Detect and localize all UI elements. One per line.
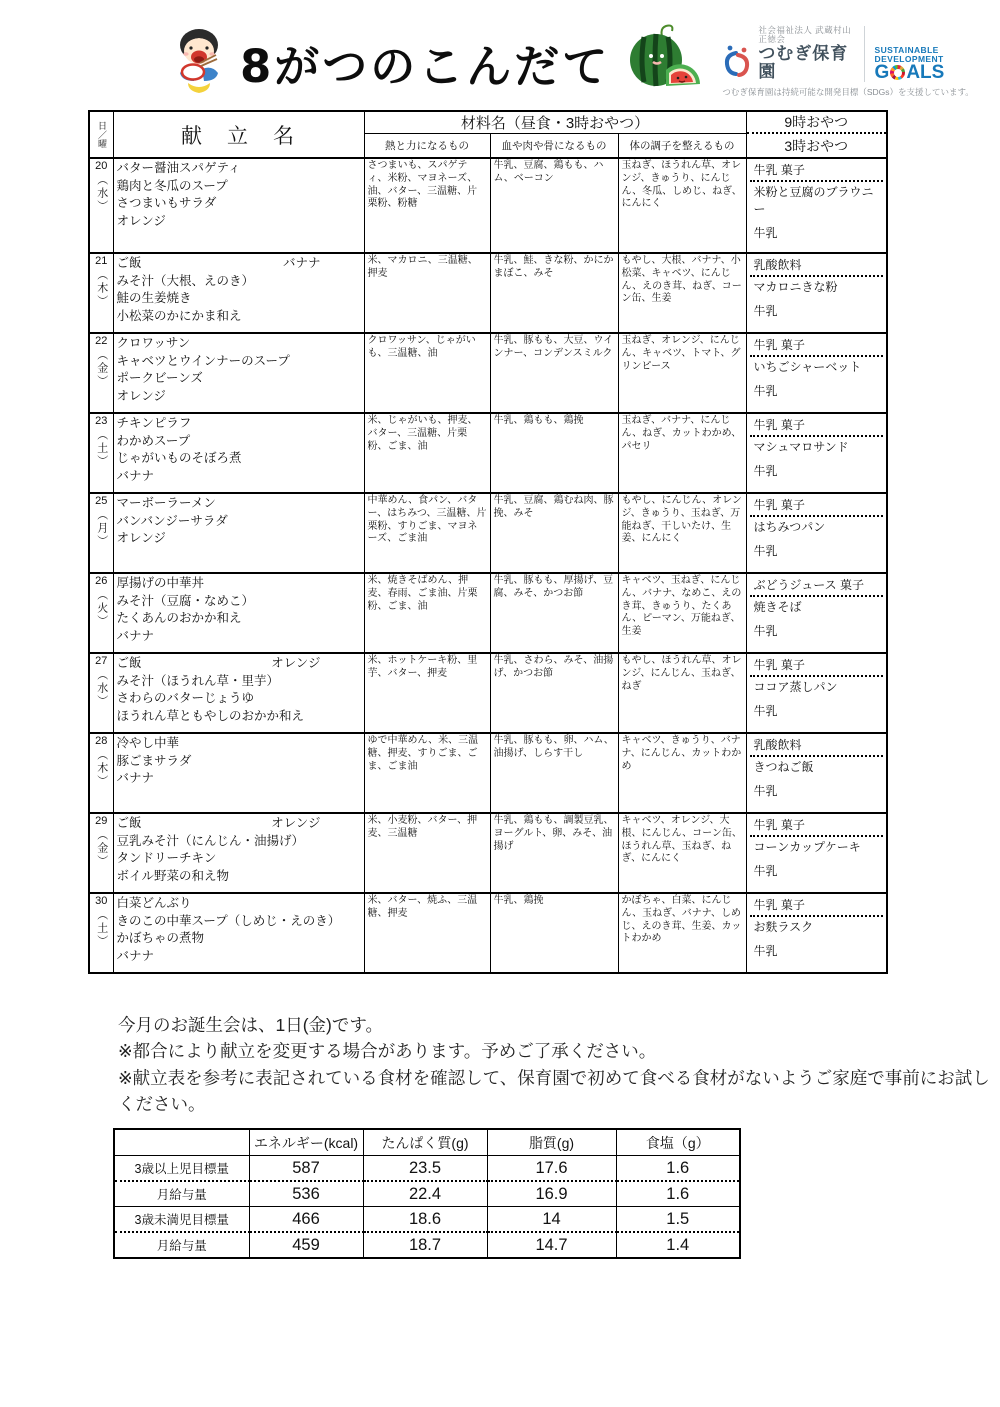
nutrition-header-protein: たんぱく質(g) (363, 1129, 487, 1156)
sdgs-text-goals: GALS (875, 63, 945, 82)
kindergarten-logo: 社会福祉法人 武蔵村山正徳会 つむぎ保育園 SUSTAINABLE DEVELO… (722, 26, 944, 98)
snack-9am: 牛乳 菓子 (750, 655, 884, 677)
snack-3pm: お麩ラスク牛乳 (750, 917, 884, 969)
weekday-label: （火） (96, 589, 107, 628)
snack-3pm-item: 牛乳 (754, 783, 880, 800)
tsumugi-logo-mark (722, 43, 752, 82)
snack-3pm-item: はちみつパン (754, 519, 880, 536)
menu-items-cell: クロワッサンキャベツとウインナーのスープポークビーンズオレンジ (113, 333, 364, 413)
snack-cell: 牛乳 菓子 マシュマロサンド牛乳 (746, 413, 887, 493)
menu-item: 白菜どんぶり (117, 895, 361, 913)
menu-day-row: 23 （土） チキンピラフわかめスープじゃがいものそぼろ煮バナナ 米、じゃがいも… (89, 413, 887, 493)
menu-day-row: 28 （木） 冷やし中華豚ごまサラダバナナ ゆで中華めん、米、三温糖、押麦、すり… (89, 733, 887, 813)
vitamin-foods-cell: もやし、にんじん、オレンジ、きゅうり、玉ねぎ、万能ねぎ、干しいたけ、生姜、にんに… (618, 493, 746, 573)
header-ingredients: 材料名（昼食・3時おやつ） (364, 111, 746, 134)
menu-item: 豚ごまサラダ (117, 753, 361, 771)
menu-item: 鶏肉と冬瓜のスープ (117, 178, 361, 196)
menu-table-header: 日／曜 献 立 名 材料名（昼食・3時おやつ） 9時おやつ 3時おやつ 熱と力に… (89, 111, 887, 158)
nutrition-table-body: 3歳以上児目標量 587 23.5 17.6 1.6 月給与量 536 22.4… (114, 1156, 740, 1259)
menu-item: バター醤油スパゲティ (117, 160, 361, 178)
menu-item: タンドリーチキン (117, 850, 361, 868)
vitamin-foods-cell: 玉ねぎ、バナナ、にんじん、ねぎ、カットわかめ、パセリ (618, 413, 746, 493)
snack-cell: ぶどうジュース 菓子 焼きそば牛乳 (746, 573, 887, 653)
vitamin-foods-cell: キャベツ、きゅうり、バナナ、にんじん、カットわかめ (618, 733, 746, 813)
weekday-label: （月） (96, 509, 107, 548)
nutrition-value: 18.7 (363, 1232, 487, 1258)
watermelon-icon (624, 24, 702, 101)
menu-document-page: 8がつのこんだて (0, 0, 1000, 1407)
header-snack-3pm: 3時おやつ (747, 134, 887, 157)
snack-3pm-item: 牛乳 (754, 863, 880, 880)
nutrition-value: 22.4 (363, 1181, 487, 1207)
nutrition-row-label: 月給与量 (114, 1181, 249, 1207)
snack-9am: 乳酸飲料 (750, 255, 884, 277)
snack-3pm: きつねご飯牛乳 (750, 757, 884, 809)
menu-item: ご飯バナナ (117, 255, 361, 273)
day-cell: 21 （木） (89, 253, 113, 333)
day-cell: 23 （土） (89, 413, 113, 493)
nutrition-row: 3歳以上児目標量 587 23.5 17.6 1.6 (114, 1156, 740, 1182)
menu-items-cell: 白菜どんぶりきのこの中華スープ（しめじ・えのき）かぼちゃの煮物バナナ (113, 893, 364, 973)
menu-item: クロワッサン (117, 335, 361, 353)
weekday-label: （金） (96, 349, 107, 388)
snack-9am: 牛乳 菓子 (750, 335, 884, 357)
menu-item: 厚揚げの中華丼 (117, 575, 361, 593)
energy-foods-cell: クロワッサン、じゃがいも、三温糖、油 (364, 333, 490, 413)
snack-3pm-item: コーンカップケーキ (754, 839, 880, 856)
menu-items-cell: マーボーラーメンバンバンジーサラダオレンジ (113, 493, 364, 573)
nutrition-header-salt: 食塩（g） (616, 1129, 740, 1156)
snack-3pm: 焼きそば牛乳 (750, 597, 884, 649)
snack-9am: 牛乳 菓子 (750, 815, 884, 837)
menu-items-cell: 厚揚げの中華丼みそ汁（豆腐・なめこ）たくあんのおかか和えバナナ (113, 573, 364, 653)
menu-item: バナナ (117, 770, 361, 788)
energy-foods-cell: ゆで中華めん、米、三温糖、押麦、すりごま、ごま、ごま油 (364, 733, 490, 813)
header-protein-foods: 血や肉や骨になるもの (490, 134, 618, 159)
day-cell: 28 （木） (89, 733, 113, 813)
energy-foods-cell: さつまいも、スパゲティ、米粉、マヨネーズ、油、バター、三温糖、片栗粉、粉糖 (364, 158, 490, 253)
menu-item: バナナ (117, 628, 361, 646)
snack-3pm-item: 牛乳 (754, 543, 880, 560)
day-cell: 30 （土） (89, 893, 113, 973)
menu-table: 日／曜 献 立 名 材料名（昼食・3時おやつ） 9時おやつ 3時おやつ 熱と力に… (88, 110, 888, 974)
menu-item: ほうれん草ともやしのおかか和え (117, 708, 361, 726)
day-cell: 27 （水） (89, 653, 113, 733)
menu-item: キャベツとウインナーのスープ (117, 353, 361, 371)
header-day-weekday: 日／曜 (89, 111, 113, 158)
menu-item: バンバンジーサラダ (117, 513, 361, 531)
weekday-label: （土） (96, 429, 107, 468)
menu-item: オレンジ (117, 213, 361, 231)
day-cell: 25 （月） (89, 493, 113, 573)
note-menu-change: ※都合により献立を変更する場合があります。予めご了承ください。 (118, 1038, 1000, 1064)
weekday-label: （木） (96, 269, 107, 308)
protein-foods-cell: 牛乳、豚もも、大豆、ウインナー、コンデンスミルク (490, 333, 618, 413)
menu-items-cell: チキンピラフわかめスープじゃがいものそぼろ煮バナナ (113, 413, 364, 493)
header-vitamin-foods: 体の調子を整えるもの (618, 134, 746, 159)
menu-item: 小松菜のかにかま和え (117, 308, 361, 326)
snack-3pm: マカロニきな粉牛乳 (750, 277, 884, 329)
nutrition-row: 月給与量 536 22.4 16.9 1.6 (114, 1181, 740, 1207)
snack-3pm-item: 焼きそば (754, 599, 880, 616)
nutrition-value: 536 (249, 1181, 363, 1207)
vitamin-foods-cell: キャベツ、玉ねぎ、にんじん、バナナ、なめこ、えのき茸、きゅうり、たくあん、ピーマ… (618, 573, 746, 653)
menu-item: バナナ (117, 948, 361, 966)
nutrition-value: 1.6 (616, 1181, 740, 1207)
snack-cell: 牛乳 菓子 はちみつパン牛乳 (746, 493, 887, 573)
nutrition-value: 587 (249, 1156, 363, 1182)
nutrition-header-energy: エネルギー(kcal) (249, 1129, 363, 1156)
menu-item: ご飯オレンジ (117, 815, 361, 833)
nutrition-value: 1.6 (616, 1156, 740, 1182)
snack-9am: 乳酸飲料 (750, 735, 884, 757)
day-cell: 29 （金） (89, 813, 113, 893)
menu-items-cell: ご飯オレンジみそ汁（ほうれん草・里芋）さわらのバターじょうゆほうれん草ともやしの… (113, 653, 364, 733)
vitamin-foods-cell: かぼちゃ、白菜、にんじん、玉ねぎ、バナナ、しめじ、えのき茸、生姜、カットわかめ (618, 893, 746, 973)
weekday-label: （木） (96, 749, 107, 788)
header-snack-9am: 9時おやつ (747, 112, 887, 134)
header-menu-name: 献 立 名 (113, 111, 364, 158)
snack-3pm-item: 米粉と豆腐のブラウニー (754, 184, 880, 218)
vitamin-foods-cell: 玉ねぎ、ほうれん草、オレンジ、きゅうり、にんじん、冬瓜、しめじ、ねぎ、にんにく (618, 158, 746, 253)
page-title: 8がつのこんだて (240, 30, 610, 95)
snack-9am: 牛乳 菓子 (750, 895, 884, 917)
menu-item: オレンジ (117, 530, 361, 548)
menu-item: ポークビーンズ (117, 370, 361, 388)
protein-foods-cell: 牛乳、鶏挽 (490, 893, 618, 973)
snack-3pm-item: マシュマロサンド (754, 439, 880, 456)
energy-foods-cell: 米、じゃがいも、押麦、バター、三温糖、片栗粉、ごま、油 (364, 413, 490, 493)
sdgs-tagline: つむぎ保育園は持続可能な開発目標（SDGs）を支援しています。 (722, 86, 944, 98)
menu-day-row: 21 （木） ご飯バナナみそ汁（大根、えのき）鮭の生姜焼き小松菜のかにかま和え … (89, 253, 887, 333)
menu-item: みそ汁（大根、えのき） (117, 273, 361, 291)
menu-item: たくあんのおかか和え (117, 610, 361, 628)
menu-items-cell: 冷やし中華豚ごまサラダバナナ (113, 733, 364, 813)
snack-cell: 牛乳 菓子 ココア蒸しパン牛乳 (746, 653, 887, 733)
day-number: 30 (93, 895, 110, 908)
menu-day-row: 25 （月） マーボーラーメンバンバンジーサラダオレンジ 中華めん、食パン、バタ… (89, 493, 887, 573)
nutrition-header-fat: 脂質(g) (487, 1129, 616, 1156)
menu-item: オレンジ (117, 388, 361, 406)
snack-cell: 牛乳 菓子 コーンカップケーキ牛乳 (746, 813, 887, 893)
menu-item: さつまいもサラダ (117, 195, 361, 213)
vitamin-foods-cell: もやし、大根、バナナ、小松菜、キャベツ、にんじん、えのき茸、ねぎ、コーン缶、生姜 (618, 253, 746, 333)
menu-item: わかめスープ (117, 433, 361, 451)
nutrition-table-header: エネルギー(kcal) たんぱく質(g) 脂質(g) 食塩（g） (114, 1129, 740, 1156)
snack-3pm-item: お麩ラスク (754, 919, 880, 936)
snack-3pm-item: マカロニきな粉 (754, 279, 880, 296)
nutrition-value: 1.4 (616, 1232, 740, 1258)
energy-foods-cell: 中華めん、食パン、バター、はちみつ、三温糖、片栗粉、すりごま、マヨネーズ、ごま油 (364, 493, 490, 573)
nutrition-value: 14.7 (487, 1232, 616, 1258)
nutrition-value: 17.6 (487, 1156, 616, 1182)
menu-item: かぼちゃの煮物 (117, 930, 361, 948)
snack-cell: 牛乳 菓子 いちごシャーベット牛乳 (746, 333, 887, 413)
protein-foods-cell: 牛乳、鮭、きな粉、かにかまぼこ、みそ (490, 253, 618, 333)
vitamin-foods-cell: キャベツ、オレンジ、大根、にんじん、コーン缶、ほうれん草、玉ねぎ、ねぎ、にんにく (618, 813, 746, 893)
notes-block: 今月のお誕生会は、1日(金)です。 ※都合により献立を変更する場合があります。予… (118, 1012, 1000, 1117)
snack-3pm: 米粉と豆腐のブラウニー牛乳 (750, 182, 884, 251)
snack-cell: 牛乳 菓子 お麩ラスク牛乳 (746, 893, 887, 973)
weekday-label: （金） (96, 829, 107, 868)
nutrition-value: 23.5 (363, 1156, 487, 1182)
day-number: 26 (93, 575, 110, 588)
snack-9am: 牛乳 菓子 (750, 160, 884, 182)
snack-9am: 牛乳 菓子 (750, 495, 884, 517)
day-number: 20 (93, 160, 110, 173)
snack-9am: 牛乳 菓子 (750, 415, 884, 437)
nutrition-table: エネルギー(kcal) たんぱく質(g) 脂質(g) 食塩（g） 3歳以上児目標… (113, 1128, 741, 1259)
nutrition-row-label: 月給与量 (114, 1232, 249, 1258)
menu-item: みそ汁（豆腐・なめこ） (117, 593, 361, 611)
header-snacks: 9時おやつ 3時おやつ (746, 111, 887, 158)
snack-3pm: マシュマロサンド牛乳 (750, 437, 884, 489)
menu-items-cell: ご飯オレンジ豆乳みそ汁（にんじん・油揚げ）タンドリーチキンボイル野菜の和え物 (113, 813, 364, 893)
snack-cell: 乳酸飲料 きつねご飯牛乳 (746, 733, 887, 813)
vitamin-foods-cell: もやし、ほうれん草、オレンジ、にんじん、玉ねぎ、ねぎ (618, 653, 746, 733)
menu-item: 豆乳みそ汁（にんじん・油揚げ） (117, 833, 361, 851)
menu-day-row: 30 （土） 白菜どんぶりきのこの中華スープ（しめじ・えのき）かぼちゃの煮物バナ… (89, 893, 887, 973)
day-number: 28 (93, 735, 110, 748)
menu-day-row: 29 （金） ご飯オレンジ豆乳みそ汁（にんじん・油揚げ）タンドリーチキンボイル野… (89, 813, 887, 893)
snack-3pm: はちみつパン牛乳 (750, 517, 884, 569)
menu-day-row: 27 （水） ご飯オレンジみそ汁（ほうれん草・里芋）さわらのバターじょうゆほうれ… (89, 653, 887, 733)
snack-cell: 牛乳 菓子 米粉と豆腐のブラウニー牛乳 (746, 158, 887, 253)
snack-3pm-item: 牛乳 (754, 383, 880, 400)
protein-foods-cell: 牛乳、豚もも、厚揚げ、豆腐、みそ、かつお節 (490, 573, 618, 653)
day-cell: 20 （水） (89, 158, 113, 253)
day-number: 29 (93, 815, 110, 828)
day-number: 22 (93, 335, 110, 348)
nutrition-value: 16.9 (487, 1181, 616, 1207)
menu-item: 冷やし中華 (117, 735, 361, 753)
menu-items-cell: ご飯バナナみそ汁（大根、えのき）鮭の生姜焼き小松菜のかにかま和え (113, 253, 364, 333)
snack-3pm: ココア蒸しパン牛乳 (750, 677, 884, 729)
protein-foods-cell: 牛乳、豚もも、卵、ハム、油揚げ、しらす干し (490, 733, 618, 813)
menu-item: さわらのバターじょうゆ (117, 690, 361, 708)
snack-3pm-item: 牛乳 (754, 703, 880, 720)
sdgs-wheel-icon (890, 65, 905, 80)
eating-boy-icon (172, 25, 226, 100)
day-cell: 22 （金） (89, 333, 113, 413)
menu-item: バナナ (117, 468, 361, 486)
menu-item: ボイル野菜の和え物 (117, 868, 361, 886)
weekday-label: （土） (96, 909, 107, 948)
snack-9am: ぶどうジュース 菓子 (750, 575, 884, 597)
corporation-name: 社会福祉法人 武蔵村山正徳会 (758, 26, 853, 45)
snack-3pm-item: 牛乳 (754, 463, 880, 480)
weekday-label: （水） (96, 174, 107, 213)
nutrition-value: 14 (487, 1207, 616, 1233)
snack-3pm-item: 牛乳 (754, 225, 880, 242)
snack-3pm-item: ココア蒸しパン (754, 679, 880, 696)
snack-cell: 乳酸飲料 マカロニきな粉牛乳 (746, 253, 887, 333)
protein-foods-cell: 牛乳、豆腐、鶏もも、ハム、ベーコン (490, 158, 618, 253)
nutrition-row: 3歳未満児目標量 466 18.6 14 1.5 (114, 1207, 740, 1233)
snack-3pm: コーンカップケーキ牛乳 (750, 837, 884, 889)
kindergarten-name: つむぎ保育園 (758, 45, 853, 82)
nutrition-value: 1.5 (616, 1207, 740, 1233)
energy-foods-cell: 米、ホットケーキ粉、里芋、バター、押麦 (364, 653, 490, 733)
page-header: 8がつのこんだて (172, 16, 944, 108)
vitamin-foods-cell: 玉ねぎ、オレンジ、にんじん、キャベツ、トマト、グリンピース (618, 333, 746, 413)
weekday-label: （水） (96, 669, 107, 708)
day-number: 21 (93, 255, 110, 268)
header-energy-foods: 熱と力になるもの (364, 134, 490, 159)
energy-foods-cell: 米、小麦粉、バター、押麦、三温糖 (364, 813, 490, 893)
day-number: 27 (93, 655, 110, 668)
protein-foods-cell: 牛乳、さわら、みそ、油揚げ、かつお節 (490, 653, 618, 733)
menu-day-row: 26 （火） 厚揚げの中華丼みそ汁（豆腐・なめこ）たくあんのおかか和えバナナ 米… (89, 573, 887, 653)
menu-day-row: 22 （金） クロワッサンキャベツとウインナーのスープポークビーンズオレンジ ク… (89, 333, 887, 413)
nutrition-header-blank (114, 1129, 249, 1156)
snack-3pm-item: 牛乳 (754, 943, 880, 960)
nutrition-value: 18.6 (363, 1207, 487, 1233)
protein-foods-cell: 牛乳、鶏もも、鶏挽 (490, 413, 618, 493)
nutrition-value: 466 (249, 1207, 363, 1233)
snack-3pm-item: いちごシャーベット (754, 359, 880, 376)
snack-3pm-item: 牛乳 (754, 303, 880, 320)
nutrition-row-label: 3歳以上児目標量 (114, 1156, 249, 1182)
menu-day-row: 20 （水） バター醤油スパゲティ鶏肉と冬瓜のスープさつまいもサラダオレンジ さ… (89, 158, 887, 253)
nutrition-row: 月給与量 459 18.7 14.7 1.4 (114, 1232, 740, 1258)
day-number: 23 (93, 415, 110, 428)
note-new-foods: ※献立表を参考に表記されている食材を確認して、保育園で初めて食べる食材がないよう… (118, 1065, 1000, 1118)
menu-item: チキンピラフ (117, 415, 361, 433)
snack-3pm: いちごシャーベット牛乳 (750, 357, 884, 409)
snack-3pm-item: 牛乳 (754, 623, 880, 640)
day-cell: 26 （火） (89, 573, 113, 653)
logo-divider (864, 26, 865, 82)
menu-item: じゃがいものそぼろ煮 (117, 450, 361, 468)
day-number: 25 (93, 495, 110, 508)
energy-foods-cell: 米、焼きそばめん、押麦、春雨、ごま油、片栗粉、ごま、油 (364, 573, 490, 653)
snack-3pm-item: きつねご飯 (754, 759, 880, 776)
note-birthday: 今月のお誕生会は、1日(金)です。 (118, 1012, 1000, 1038)
menu-item: ご飯オレンジ (117, 655, 361, 673)
protein-foods-cell: 牛乳、鶏もも、調製豆乳、ヨーグルト、卵、みそ、油揚げ (490, 813, 618, 893)
menu-items-cell: バター醤油スパゲティ鶏肉と冬瓜のスープさつまいもサラダオレンジ (113, 158, 364, 253)
menu-item: 鮭の生姜焼き (117, 290, 361, 308)
menu-item: マーボーラーメン (117, 495, 361, 513)
sdgs-logo: SUSTAINABLE DEVELOPMENT GALS (875, 46, 945, 82)
protein-foods-cell: 牛乳、豆腐、鶏むね肉、豚挽、みそ (490, 493, 618, 573)
nutrition-value: 459 (249, 1232, 363, 1258)
menu-table-body: 20 （水） バター醤油スパゲティ鶏肉と冬瓜のスープさつまいもサラダオレンジ さ… (89, 158, 887, 973)
energy-foods-cell: 米、バター、焼ふ、三温糖、押麦 (364, 893, 490, 973)
menu-item: みそ汁（ほうれん草・里芋） (117, 673, 361, 691)
nutrition-row-label: 3歳未満児目標量 (114, 1207, 249, 1233)
menu-item: きのこの中華スープ（しめじ・えのき） (117, 913, 361, 931)
energy-foods-cell: 米、マカロニ、三温糖、押麦 (364, 253, 490, 333)
